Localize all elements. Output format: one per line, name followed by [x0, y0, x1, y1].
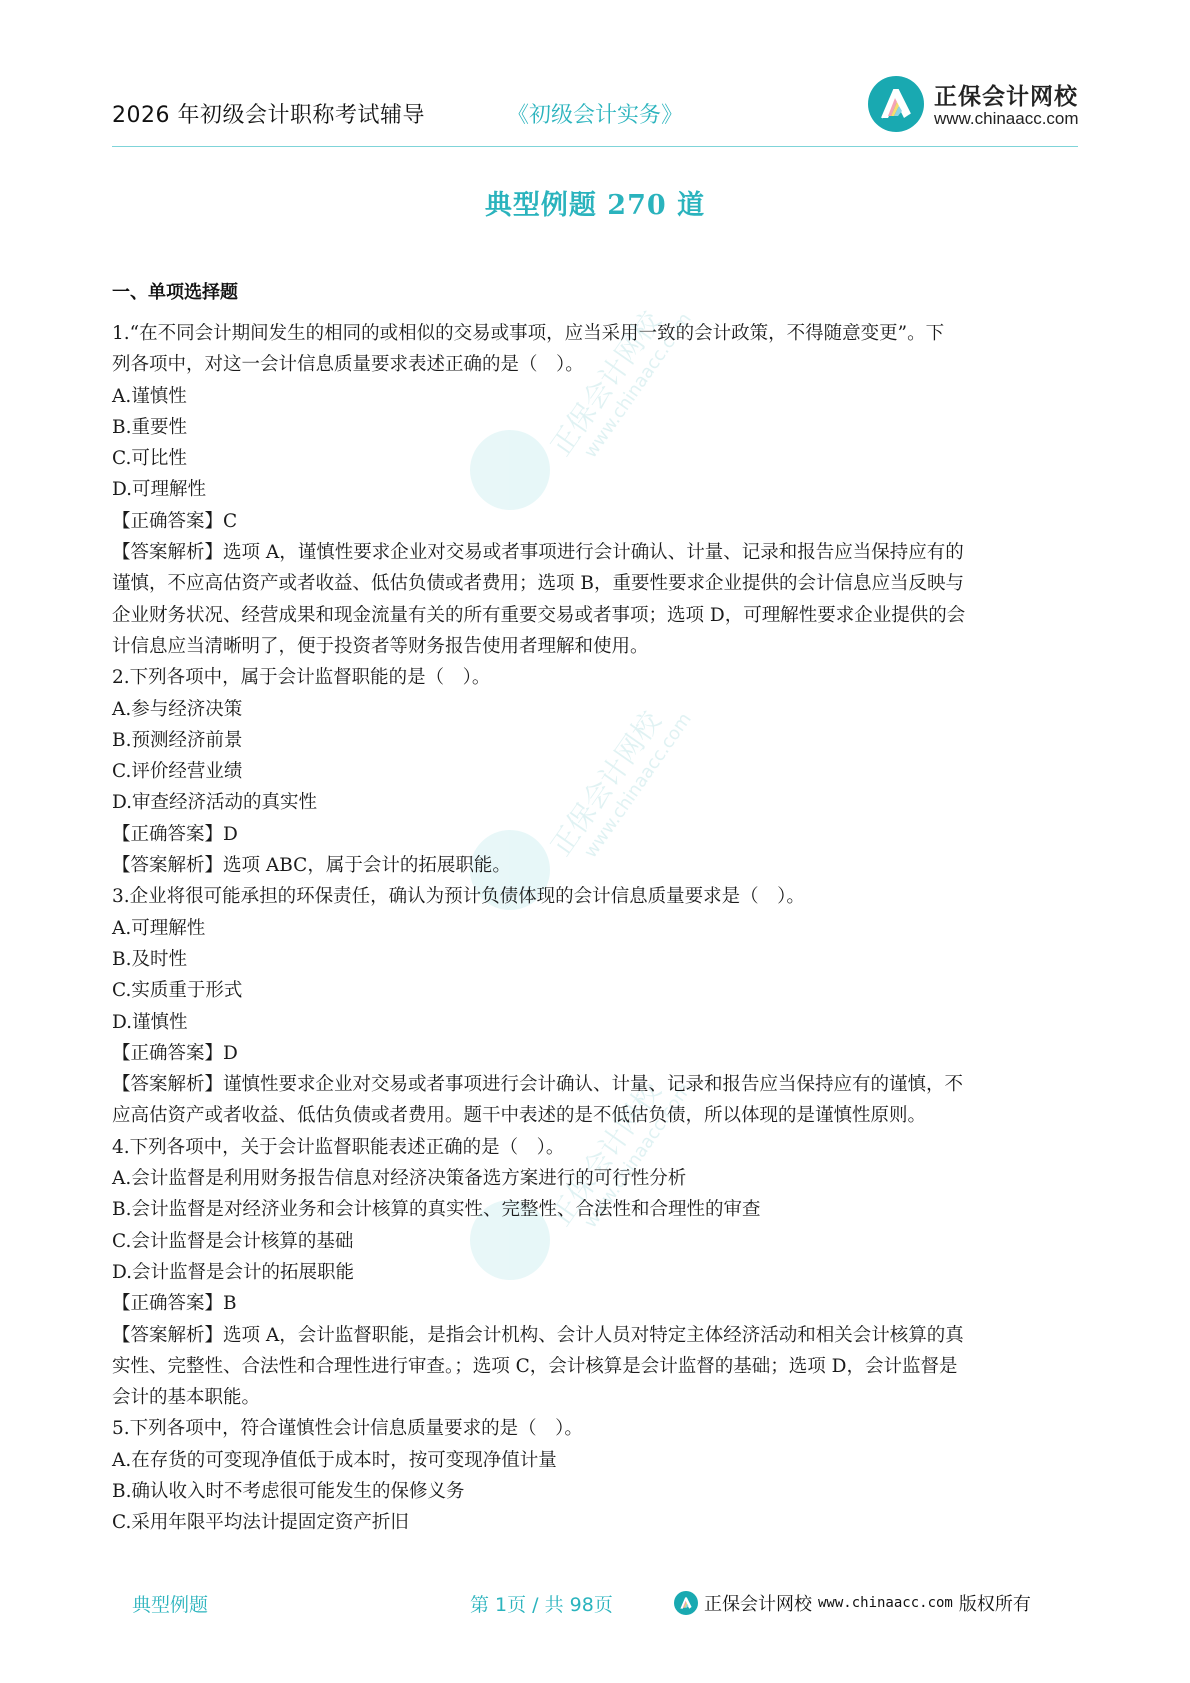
footer-copyright: 版权所有: [959, 1590, 1031, 1616]
question-1: 1.“在不同会计期间发生的相同的或相似的交易或事项，应当采用一致的会计政策，不得…: [112, 318, 1078, 662]
question-5: 5.下列各项中，符合谨慎性会计信息质量要求的是（ ）。 A.在存货的可变现净值低…: [112, 1413, 1078, 1538]
option-b: B.重要性: [112, 412, 1078, 443]
question-stem: 列各项中，对这一会计信息质量要求表述正确的是（ ）。: [112, 349, 1078, 380]
header-divider: [112, 146, 1078, 147]
question-stem: 3.企业将很可能承担的环保责任，确认为预计负债体现的会计信息质量要求是（ ）。: [112, 881, 1078, 912]
question-stem: 5.下列各项中，符合谨慎性会计信息质量要求的是（ ）。: [112, 1413, 1078, 1444]
brand-name: 正保会计网校: [934, 78, 1078, 111]
option-c: C.采用年限平均法计提固定资产折旧: [112, 1507, 1078, 1538]
footer-section-label: 典型例题: [132, 1590, 208, 1617]
answer-analysis: 【答案解析】选项 A，谨慎性要求企业对交易或者事项进行会计确认、计量、记录和报告…: [112, 537, 1078, 568]
option-a: A.谨慎性: [112, 381, 1078, 412]
document-page: 2026 年初级会计职称考试辅导 《初级会计实务》 正保会计网校 www.chi…: [0, 0, 1190, 1683]
header-title: 2026 年初级会计职称考试辅导: [112, 98, 425, 129]
chinaacc-logo-icon: [868, 76, 924, 132]
option-d: D.谨慎性: [112, 1007, 1078, 1038]
option-b: B.及时性: [112, 944, 1078, 975]
correct-answer: 【正确答案】B: [112, 1288, 1078, 1319]
option-b: B.会计监督是对经济业务和会计核算的真实性、完整性、合法性和合理性的审查: [112, 1194, 1078, 1225]
answer-analysis: 谨慎，不应高估资产或者收益、低估负债或者费用；选项 B，重要性要求企业提供的会计…: [112, 568, 1078, 599]
answer-analysis: 会计的基本职能。: [112, 1382, 1078, 1413]
option-a: A.参与经济决策: [112, 694, 1078, 725]
option-a: A.在存货的可变现净值低于成本时，按可变现净值计量: [112, 1445, 1078, 1476]
brand-url: www.chinaacc.com: [934, 109, 1079, 129]
answer-analysis: 计信息应当清晰明了，便于投资者等财务报告使用者理解和使用。: [112, 631, 1078, 662]
question-3: 3.企业将很可能承担的环保责任，确认为预计负债体现的会计信息质量要求是（ ）。 …: [112, 881, 1078, 1131]
answer-analysis: 应高估资产或者收益、低估负债或者费用。题干中表述的是不低估负债，所以体现的是谨慎…: [112, 1100, 1078, 1131]
document-title: 典型例题 270 道: [0, 183, 1190, 222]
footer-url: www.chinaacc.com: [818, 1595, 953, 1611]
option-d: D.可理解性: [112, 474, 1078, 505]
option-d: D.会计监督是会计的拓展职能: [112, 1257, 1078, 1288]
correct-answer: 【正确答案】D: [112, 1038, 1078, 1069]
footer-brand: 正保会计网校 www.chinaacc.com 版权所有: [674, 1588, 1031, 1618]
answer-analysis: 企业财务状况、经营成果和现金流量有关的所有重要交易或者事项；选项 D，可理解性要…: [112, 600, 1078, 631]
page-indicator: 第 1页 / 共 98页: [470, 1590, 613, 1617]
question-stem: 4.下列各项中，关于会计监督职能表述正确的是（ ）。: [112, 1132, 1078, 1163]
option-c: C.评价经营业绩: [112, 756, 1078, 787]
option-b: B.预测经济前景: [112, 725, 1078, 756]
section-heading: 一、单项选择题: [112, 278, 238, 304]
option-d: D.审查经济活动的真实性: [112, 787, 1078, 818]
option-a: A.可理解性: [112, 913, 1078, 944]
page-footer: 典型例题 第 1页 / 共 98页 正保会计网校 www.chinaacc.co…: [112, 1588, 1102, 1618]
question-2: 2.下列各项中，属于会计监督职能的是（ ）。 A.参与经济决策 B.预测经济前景…: [112, 662, 1078, 881]
answer-analysis: 【答案解析】谨慎性要求企业对交易或者事项进行会计确认、计量、记录和报告应当保持应…: [112, 1069, 1078, 1100]
correct-answer: 【正确答案】D: [112, 819, 1078, 850]
question-list: 1.“在不同会计期间发生的相同的或相似的交易或事项，应当采用一致的会计政策，不得…: [112, 318, 1078, 1539]
question-stem: 2.下列各项中，属于会计监督职能的是（ ）。: [112, 662, 1078, 693]
option-b: B.确认收入时不考虑很可能发生的保修义务: [112, 1476, 1078, 1507]
question-4: 4.下列各项中，关于会计监督职能表述正确的是（ ）。 A.会计监督是利用财务报告…: [112, 1132, 1078, 1414]
correct-answer: 【正确答案】C: [112, 506, 1078, 537]
question-stem: 1.“在不同会计期间发生的相同的或相似的交易或事项，应当采用一致的会计政策，不得…: [112, 318, 1078, 349]
option-a: A.会计监督是利用财务报告信息对经济决策备选方案进行的可行性分析: [112, 1163, 1078, 1194]
brand: 正保会计网校 www.chinaacc.com: [868, 76, 1078, 136]
answer-analysis: 【答案解析】选项 ABC，属于会计的拓展职能。: [112, 850, 1078, 881]
option-c: C.实质重于形式: [112, 975, 1078, 1006]
footer-brand-name: 正保会计网校: [704, 1590, 812, 1616]
answer-analysis: 【答案解析】选项 A，会计监督职能，是指会计机构、会计人员对特定主体经济活动和相…: [112, 1320, 1078, 1351]
option-c: C.可比性: [112, 443, 1078, 474]
chinaacc-logo-icon: [674, 1591, 698, 1615]
answer-analysis: 实性、完整性、合法性和合理性进行审查。；选项 C，会计核算是会计监督的基础；选项…: [112, 1351, 1078, 1382]
option-c: C.会计监督是会计核算的基础: [112, 1226, 1078, 1257]
page-header: 2026 年初级会计职称考试辅导 《初级会计实务》 正保会计网校 www.chi…: [112, 70, 1078, 148]
header-subject: 《初级会计实务》: [507, 98, 683, 129]
